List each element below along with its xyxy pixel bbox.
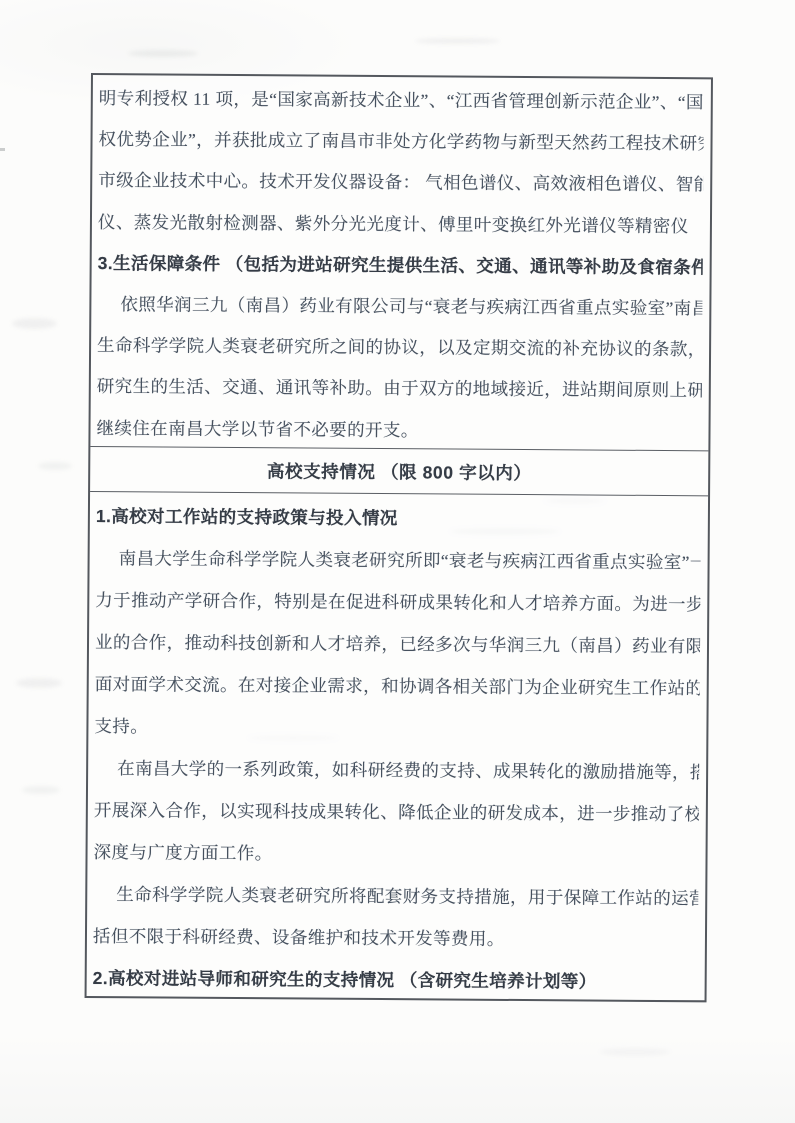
support-para1-line: 业的合作，推动科技创新和人才培养，已经多次与华润三九（南昌）药业有限公司开展 [95, 621, 700, 667]
support-heading-1: 1.高校对工作站的支持政策与投入情况 [96, 495, 701, 541]
continuation-line: 明专利授权 11 项，是“国家高新技术企业”、“江西省管理创新示范企业”、“国家… [99, 78, 704, 123]
support-para1-line: 面对面学术交流。在对接企业需求，和协调各相关部门为企业研究生工作站的建设提供 [95, 663, 700, 709]
support-para2-line: 在南昌大学的一系列政策，如科研经费的支持、成果转化的激励措施等，搭建桥梁、 [94, 747, 699, 793]
support-para1-line: 力于推动产学研合作，特别是在促进科研成果转化和人才培养方面。为进一步加强与企 [95, 579, 700, 625]
continuation-line: 市级企业技术中心。技术开发仪器设备： 气相色谱仪、高效液相色谱仪、智能激光粒度 [98, 160, 703, 205]
support-para2-line: 深度与广度方面工作。 [93, 831, 698, 877]
scan-smudge [600, 1048, 670, 1056]
scan-smudge [38, 462, 72, 470]
scan-smudge [415, 38, 500, 44]
university-support-header-title: 高校支持情况 （限 800 字以内） [267, 458, 532, 485]
section-3-line: 生命科学学院人类衰老研究所之间的协议，以及定期交流的补充协议的条款，执行进站 [97, 325, 702, 370]
form-table: 明专利授权 11 项，是“国家高新技术企业”、“江西省管理创新示范企业”、“国家… [85, 73, 713, 1002]
section-3-heading: 3.生活保障条件 （包括为进站研究生提供生活、交通、通讯等补助及食宿条件等情况） [98, 243, 703, 288]
support-para1-line: 支持。 [94, 705, 699, 751]
support-para2-line: 开展深入合作，以实现科技成果转化、降低企业的研发成本，进一步推动了校企合作的 [94, 789, 699, 835]
scan-smudge [16, 678, 62, 688]
cell-living-guarantee: 明专利授权 11 项，是“国家高新技术企业”、“江西省管理创新示范企业”、“国家… [90, 75, 711, 450]
continuation-line: 仪、蒸发光散射检测器、紫外分光光度计、傅里叶变换红外光谱仪等精密仪器。 [98, 202, 703, 247]
section-3-line: 依照华润三九（南昌）药业有限公司与“衰老与疾病江西省重点实验室”南昌大学 [97, 284, 702, 329]
continuation-line: 权优势企业”，并获批成立了南昌市非处方化学药物与新型天然药工程技术研究中心、省 [98, 119, 703, 164]
section-3-line: 继续住在南昌大学以节省不必要的开支。 [96, 408, 701, 453]
scan-smudge [22, 786, 60, 794]
scanned-document-page: 明专利授权 11 项，是“国家高新技术企业”、“江西省管理创新示范企业”、“国家… [0, 0, 795, 1123]
scan-smudge [128, 50, 198, 57]
scan-smudge [12, 318, 57, 329]
row-university-support-header: 高校支持情况 （限 800 字以内） [90, 446, 708, 496]
support-para3-line: 括但不限于科研经费、设备维护和技术开发等费用。 [93, 915, 698, 961]
cell-university-support: 1.高校对工作站的支持政策与投入情况 南昌大学生命科学学院人类衰老研究所即“衰老… [87, 492, 709, 1000]
scan-speck [0, 148, 5, 151]
support-para1-line: 南昌大学生命科学学院人类衰老研究所即“衰老与疾病江西省重点实验室”一直致 [95, 537, 700, 583]
support-heading-2: 2.高校对进站导师和研究生的支持情况 （含研究生培养计划等） [93, 957, 698, 1003]
support-para3-line: 生命科学学院人类衰老研究所将配套财务支持措施，用于保障工作站的运营资金，包 [93, 873, 698, 919]
section-3-line: 研究生的生活、交通、通讯等补助。由于双方的地域接近，进站期间原则上研究生可以 [97, 366, 702, 411]
